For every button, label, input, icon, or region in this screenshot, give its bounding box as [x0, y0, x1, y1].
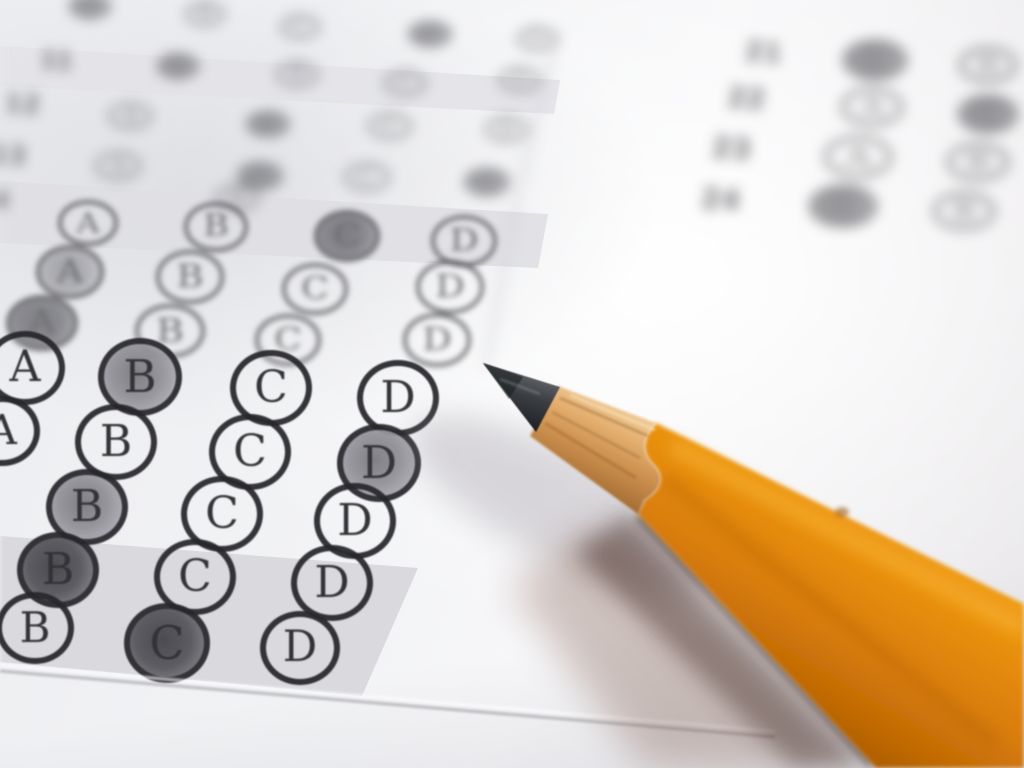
answer-bubble-B: B	[947, 143, 1009, 181]
question-number: 21	[745, 35, 784, 70]
row-highlight-band-top	[0, 0, 1024, 768]
answer-bubble-A: A	[0, 396, 40, 467]
answer-bubble-B: B	[75, 404, 157, 480]
pencil-contact-shadow	[638, 516, 872, 766]
answer-bubble-D: D	[431, 215, 497, 266]
row-highlight-band-middle	[0, 0, 1024, 768]
paper-shading-bottom-left	[0, 0, 1024, 768]
question-number: 23	[712, 131, 754, 168]
bubble-letter: A	[28, 306, 56, 340]
pencil	[483, 363, 1024, 768]
answer-bubble-B: B	[276, 61, 318, 86]
bubble-letter: C	[301, 274, 329, 305]
pencil-tip-soft-shadow	[388, 381, 732, 629]
bubbles-top-right-blurred: 21222324BAABB	[0, 0, 1024, 768]
answer-bubble-C: C	[344, 163, 390, 191]
answer-sheet-photo: 11121314BCDBCDACDACB21222324BAABBABCDABC…	[0, 0, 1024, 768]
bubble-letter: C	[396, 75, 414, 91]
answer-bubble-B: B	[185, 2, 225, 26]
bubble-letter: C	[178, 555, 212, 599]
bubble-letter: C	[292, 20, 309, 35]
bubble-letter: B	[289, 66, 306, 82]
answer-bubble-A: A	[58, 200, 118, 247]
bubble-letter: A	[76, 209, 99, 237]
sheet-edge-line	[0, 671, 775, 737]
bubble-letter: B	[228, 190, 246, 206]
answer-bubble-D: D	[485, 116, 529, 142]
bubble-letter: A	[57, 256, 84, 288]
answer-bubble-B: B	[933, 192, 995, 230]
pencil-body-speck	[835, 507, 849, 517]
bubble-letter: C	[357, 168, 376, 185]
answer-bubble-B: B	[98, 338, 182, 416]
answer-bubble-D: D	[416, 260, 484, 313]
bubble-letter: C	[233, 430, 267, 474]
answer-bubble-D: D	[357, 360, 439, 436]
answer-bubble-D: D	[260, 611, 340, 685]
row-highlight-bands	[0, 0, 1024, 768]
question-number: 11	[40, 43, 76, 76]
bubbles-foreground-rows: ABCDABCDBCDBCDBCD	[0, 0, 1024, 768]
answer-bubble-C: C	[255, 314, 321, 365]
answer-bubble	[69, 0, 111, 19]
answer-bubble-A: A	[824, 136, 892, 178]
answer-bubble	[157, 53, 199, 78]
bubble-letter: B	[952, 199, 976, 222]
question-number: 22	[728, 81, 768, 117]
answer-bubble-D: D	[291, 545, 373, 621]
bubble-letter: B	[100, 420, 132, 464]
bubble-letter: D	[361, 440, 397, 485]
answer-bubble-D: D	[337, 424, 421, 502]
pencil-facet-shade	[664, 478, 996, 744]
question-number: 14	[0, 184, 12, 215]
answer-bubble	[237, 162, 283, 190]
answer-bubble-C: C	[209, 414, 291, 490]
sheet-edge-highlight-line	[0, 665, 775, 731]
bubble-letter: D	[380, 376, 415, 420]
answer-bubble-C: C	[230, 350, 312, 426]
pencil-body	[638, 423, 1024, 768]
answer-bubble-B: B	[17, 532, 99, 608]
answer-bubble-D: D	[517, 27, 557, 51]
bubble-letter: A	[9, 346, 40, 389]
bubble-letter: C	[149, 620, 184, 666]
question-number: 24	[701, 182, 743, 219]
answer-bubble-A: A	[6, 295, 78, 351]
answer-bubble-C: C	[280, 15, 320, 39]
answer-bubble-A: A	[95, 152, 141, 180]
answer-bubble-A: A	[841, 88, 903, 126]
bubble-letter: B	[71, 485, 103, 529]
bubble-letter: B	[176, 261, 203, 293]
answer-bubble	[843, 40, 907, 80]
answer-bubble-B: B	[0, 592, 74, 665]
answer-bubble-C: C	[384, 70, 426, 95]
bubble-letter: B	[966, 150, 990, 173]
answer-bubble-B: B	[156, 250, 224, 303]
paper-shading-top-left	[0, 0, 1024, 768]
bubble-letter: A	[109, 157, 127, 174]
answer-bubble-D: D	[403, 313, 471, 366]
answer-bubble	[958, 95, 1018, 132]
bubble-letter: B	[42, 548, 74, 592]
answer-bubble-D: D	[499, 67, 541, 92]
pencil-and-shadows-layer	[0, 0, 1024, 768]
answer-bubble	[408, 21, 452, 47]
pencil-facet-highlight	[672, 446, 1024, 630]
bubble-letter: B	[20, 607, 51, 649]
answer-bubble-C: C	[124, 603, 210, 683]
bubble-letter: A	[860, 95, 884, 118]
bubble-letter: C	[254, 366, 288, 410]
answer-bubble-B: B	[184, 202, 248, 252]
row-highlight-band-foreground	[0, 0, 1024, 768]
bubble-letter: C	[381, 118, 399, 134]
wood-highlight-streak	[570, 395, 655, 430]
bubble-letter: D	[435, 271, 465, 303]
answer-bubble-A: A	[108, 103, 152, 129]
answer-bubble	[809, 185, 877, 227]
answer-bubble-A: A	[36, 245, 104, 298]
bubble-letter: A	[121, 108, 138, 124]
answer-bubble-C: C	[181, 476, 263, 552]
bubble-letter: A	[0, 410, 17, 451]
bubble-letter: B	[123, 354, 156, 399]
bubble-letter: B	[197, 7, 213, 22]
question-number: 12	[5, 87, 43, 120]
pencil-core-shadow	[575, 512, 870, 768]
bubble-letter: D	[497, 121, 516, 137]
bubble-letter: C	[333, 221, 361, 252]
answer-bubble-C: C	[368, 113, 412, 139]
question-number: 13	[0, 138, 29, 171]
bubble-letter: D	[422, 324, 452, 356]
bubble-letter: B	[156, 315, 184, 348]
answer-bubble-A: A	[0, 331, 65, 405]
answer-bubble-C: C	[314, 210, 380, 261]
bubble-letter: B	[203, 212, 229, 242]
answer-bubble-D: D	[314, 483, 396, 559]
bubble-letter: D	[337, 499, 372, 543]
answer-block-right-edge	[486, 30, 558, 368]
bubble-letter: D	[511, 72, 529, 88]
bubble-letter: B	[977, 54, 1000, 76]
pencil-graphite-tip	[483, 363, 560, 432]
answer-bubble-C: C	[154, 539, 236, 615]
answer-bubble-B: B	[135, 304, 205, 359]
graphite-glint	[500, 379, 540, 394]
answer-bubble	[246, 111, 290, 137]
bubble-letter: D	[314, 561, 349, 605]
bubble-letter: C	[274, 325, 302, 356]
bubbles-top-left-blurred: 11121314BCDBCDACDACB	[0, 0, 1024, 768]
bubbles-middle-rows: ABCDABCDABCD	[0, 0, 1024, 768]
answer-bubble-B: B	[215, 185, 259, 211]
bubble-letter: C	[205, 492, 239, 536]
bubble-letter: D	[528, 32, 546, 47]
answer-bubble-B: B	[959, 47, 1017, 83]
answer-bubble	[464, 168, 510, 196]
bubble-letter: D	[283, 626, 317, 669]
answer-bubble-C: C	[282, 263, 348, 314]
bubble-grid: 11121314BCDBCDACDACB21222324BAABBABCDABC…	[0, 0, 1024, 768]
bubble-letter: D	[450, 226, 479, 257]
bubble-letter: A	[845, 144, 872, 170]
pencil-wood-cone	[530, 386, 660, 514]
answer-bubble-B: B	[46, 469, 128, 545]
pencil-warm-shadow	[510, 525, 820, 768]
